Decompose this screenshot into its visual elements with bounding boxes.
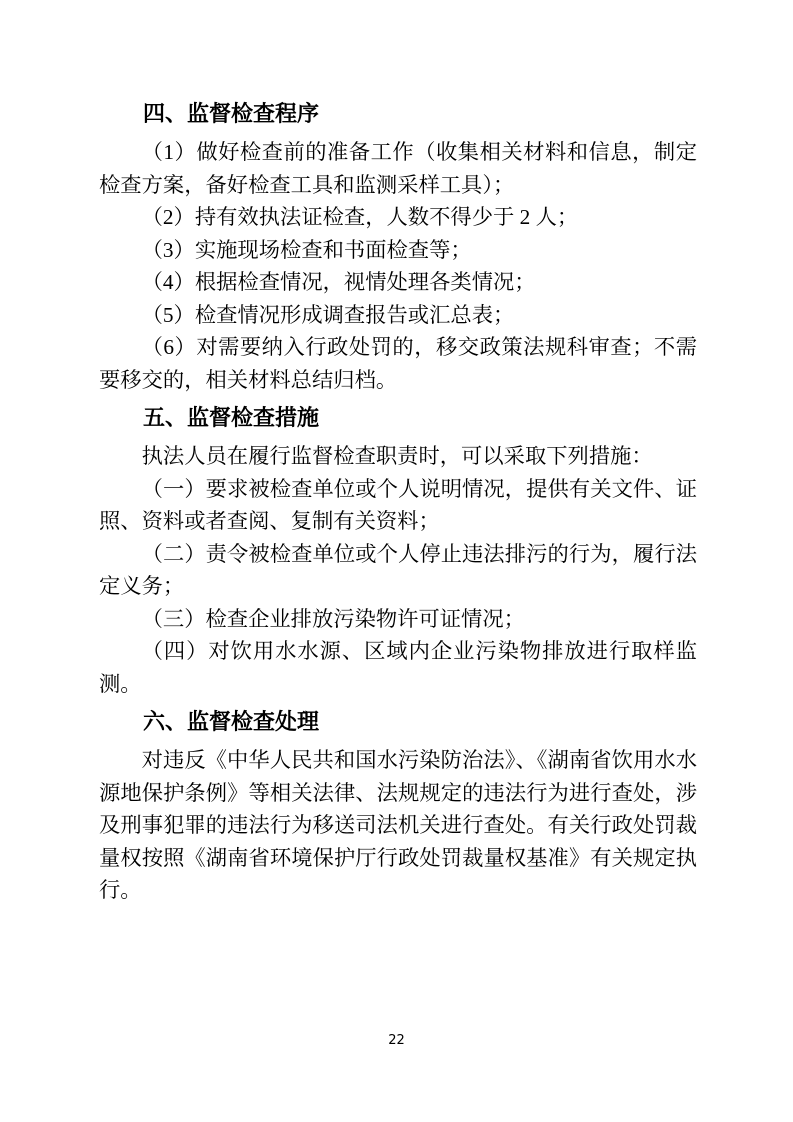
- paragraph: （一）要求被检查单位或个人说明情况，提供有关文件、证照、资料或者查阅、复制有关资…: [99, 473, 697, 538]
- paragraph: （1）做好检查前的准备工作（收集相关材料和信息，制定检查方案，备好检查工具和监测…: [99, 136, 697, 201]
- section-heading: 六、监督检查处理: [99, 705, 697, 738]
- paragraph: （四）对饮用水水源、区域内企业污染物排放进行取样监测。: [99, 635, 697, 700]
- paragraph: （6）对需要纳入行政处罚的，移交政策法规科审查；不需要移交的，相关材料总结归档。: [99, 331, 697, 396]
- section-heading: 四、监督检查程序: [99, 97, 697, 130]
- paragraph: 对违反《中华人民共和国水污染防治法》、《湖南省饮用水水源地保护条例》等相关法律、…: [99, 744, 697, 907]
- paragraph: （2）持有效执法证检查，人数不得少于 2 人；: [99, 201, 697, 234]
- paragraph: （4）根据检查情况，视情处理各类情况；: [99, 266, 697, 299]
- paragraph: 执法人员在履行监督检查职责时，可以采取下列措施：: [99, 440, 697, 473]
- section-heading: 五、监督检查措施: [99, 401, 697, 434]
- document-content: 四、监督检查程序（1）做好检查前的准备工作（收集相关材料和信息，制定检查方案，备…: [99, 92, 697, 907]
- paragraph: （三）检查企业排放污染物许可证情况；: [99, 603, 697, 636]
- document-page: 四、监督检查程序（1）做好检查前的准备工作（收集相关材料和信息，制定检查方案，备…: [0, 0, 793, 1122]
- paragraph: （3）实施现场检查和书面检查等；: [99, 234, 697, 267]
- page-number: 22: [0, 1033, 793, 1048]
- paragraph: （5）检查情况形成调查报告或汇总表；: [99, 299, 697, 332]
- paragraph: （二）责令被检查单位或个人停止违法排污的行为，履行法定义务；: [99, 538, 697, 603]
